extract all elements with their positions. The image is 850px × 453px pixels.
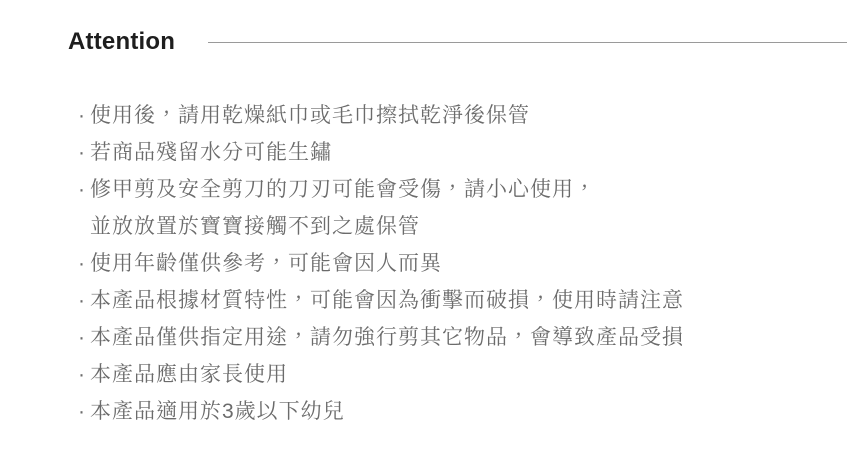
bullet-icon: ·: [78, 171, 90, 208]
bullet-icon: ·: [78, 134, 90, 171]
page-title: Attention: [68, 28, 175, 56]
list-item: · 本產品僅供指定用途，請勿強行剪其它物品，會導致產品受損: [78, 319, 830, 356]
list-item-text: 使用後，請用乾燥紙巾或毛巾擦拭乾淨後保管: [90, 97, 530, 134]
list-item: · 本產品根據材質特性，可能會因為衝擊而破損，使用時請注意: [78, 282, 830, 319]
list-item-text: 若商品殘留水分可能生鏽: [90, 134, 332, 171]
list-item-text: 並放放置於寶寶接觸不到之處保管: [90, 208, 420, 245]
list-item-text: 修甲剪及安全剪刀的刀刃可能會受傷，請小心使用，: [90, 171, 596, 208]
bullet-icon: ·: [78, 319, 90, 356]
bullet-icon: ·: [78, 393, 90, 430]
list-item-text: 本產品僅供指定用途，請勿強行剪其它物品，會導致產品受損: [90, 319, 684, 356]
list-item-text: 本產品適用於3歲以下幼兒: [90, 393, 345, 430]
bullet-icon: ·: [78, 245, 90, 282]
list-item: · 本產品應由家長使用: [78, 356, 830, 393]
notice-list: · 使用後，請用乾燥紙巾或毛巾擦拭乾淨後保管 · 若商品殘留水分可能生鏽 · 修…: [78, 97, 830, 430]
attention-header: Attention: [68, 28, 847, 56]
bullet-spacer: [78, 208, 90, 245]
list-item-text: 本產品根據材質特性，可能會因為衝擊而破損，使用時請注意: [90, 282, 684, 319]
bullet-icon: ·: [78, 356, 90, 393]
list-item: · 使用後，請用乾燥紙巾或毛巾擦拭乾淨後保管: [78, 97, 830, 134]
list-item: · 若商品殘留水分可能生鏽: [78, 134, 830, 171]
list-item-continuation: 並放放置於寶寶接觸不到之處保管: [78, 208, 830, 245]
list-item-text: 使用年齡僅供參考，可能會因人而異: [90, 245, 442, 282]
list-item-text: 本產品應由家長使用: [90, 356, 288, 393]
list-item: · 修甲剪及安全剪刀的刀刃可能會受傷，請小心使用，: [78, 171, 830, 208]
bullet-icon: ·: [78, 282, 90, 319]
bullet-icon: ·: [78, 97, 90, 134]
heading-divider-line: [208, 42, 847, 43]
attention-notice-page: Attention · 使用後，請用乾燥紙巾或毛巾擦拭乾淨後保管 · 若商品殘留…: [0, 0, 850, 453]
list-item: · 使用年齡僅供參考，可能會因人而異: [78, 245, 830, 282]
list-item: · 本產品適用於3歲以下幼兒: [78, 393, 830, 430]
